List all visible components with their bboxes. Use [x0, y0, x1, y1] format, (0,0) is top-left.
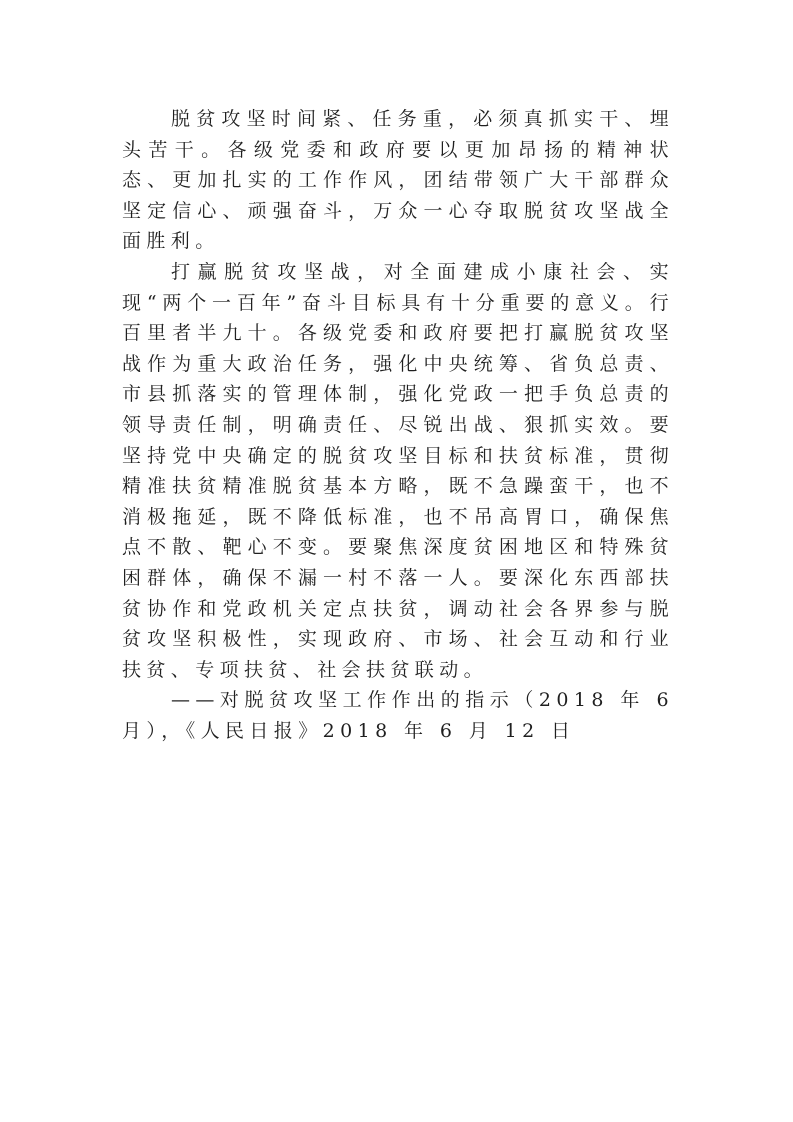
source-citation: ——对脱贫攻坚工作作出的指示（2018 年 6 月），《人民日报》2018 年 …	[122, 685, 674, 746]
paragraph-1: 脱贫攻坚时间紧、任务重，必须真抓实干、埋头苦干。各级党委和政府要以更加昂扬的精神…	[122, 104, 674, 257]
paragraph-2: 打赢脱贫攻坚战，对全面建成小康社会、实现“两个一百年”奋斗目标具有十分重要的意义…	[122, 257, 674, 685]
document-page: 脱贫攻坚时间紧、任务重，必须真抓实干、埋头苦干。各级党委和政府要以更加昂扬的精神…	[122, 104, 674, 746]
